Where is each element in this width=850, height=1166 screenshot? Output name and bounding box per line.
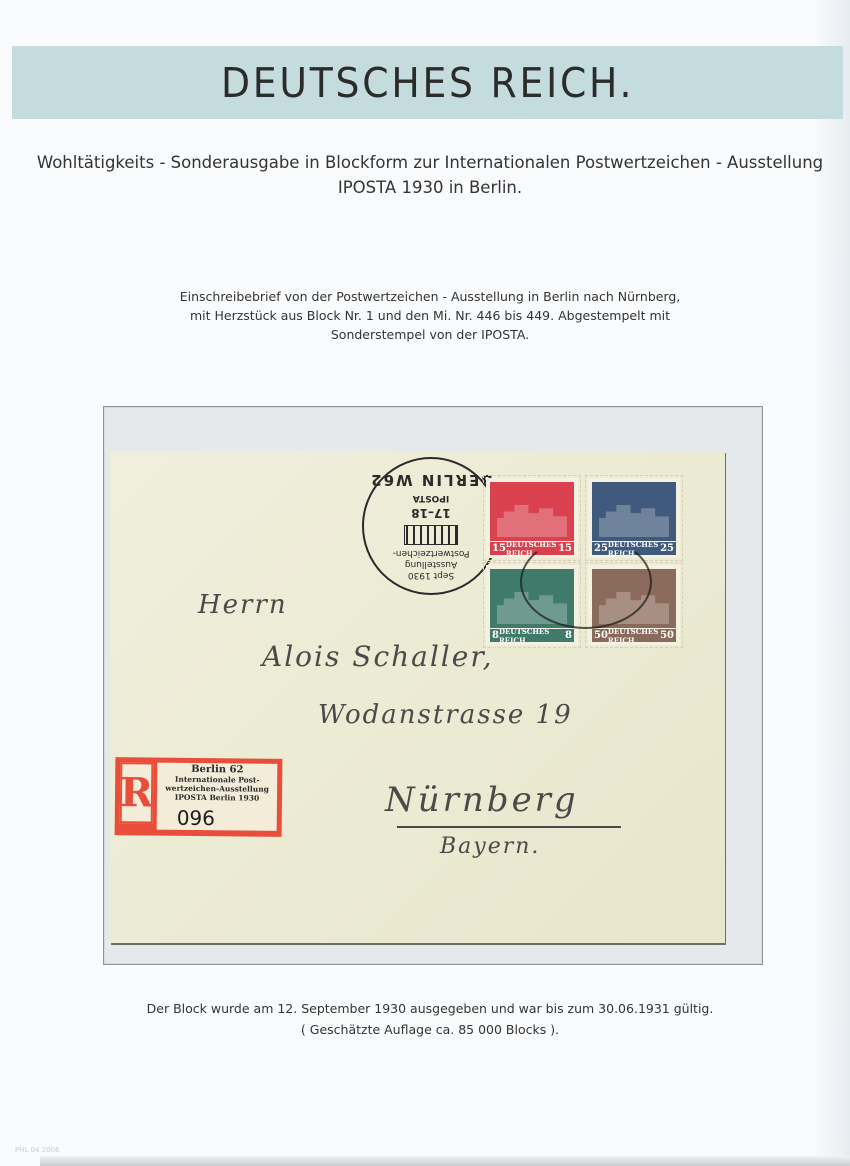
- stamp-value: 15: [492, 543, 506, 554]
- description: Einschreibebrief von der Postwertzeichen…: [150, 287, 710, 344]
- stamp-text: DEUTSCHES REICH: [608, 627, 660, 645]
- postmark-event: IPOSTA: [413, 494, 449, 504]
- footer-note: Der Block wurde am 12. September 1930 au…: [100, 998, 760, 1040]
- subtitle-line: IPOSTA 1930 in Berlin.: [30, 175, 830, 200]
- address-city: Nürnberg: [385, 780, 579, 820]
- stamp-value: 50: [594, 630, 608, 641]
- stamp-image: [592, 482, 676, 541]
- footer-line: ( Geschätzte Auflage ca. 85 000 Blocks )…: [100, 1019, 760, 1040]
- subtitle-line: Wohltätigkeits - Sonderausgabe in Blockf…: [30, 150, 830, 175]
- postmark-city: BERLIN W62: [369, 472, 493, 490]
- stamp-text: DEUTSCHES REICH: [499, 627, 565, 645]
- postmark-line: Postwertzeichen-: [393, 548, 470, 559]
- subtitle: Wohltätigkeits - Sonderausgabe in Blockf…: [30, 150, 830, 200]
- page-title: DEUTSCHES REICH.: [221, 59, 634, 107]
- stamp-image: [490, 482, 574, 541]
- registration-number: 096: [177, 806, 215, 830]
- city-underline: [397, 826, 621, 828]
- stamp-value: 8: [565, 630, 572, 641]
- address-street: Wodanstrasse 19: [318, 700, 573, 730]
- stamp-value: 25: [660, 543, 674, 554]
- title-band: DEUTSCHES REICH.: [12, 46, 843, 119]
- cancellation-mark: [520, 535, 652, 629]
- registration-r-icon: R: [120, 762, 154, 823]
- description-line: mit Herzstück aus Block Nr. 1 und den Mi…: [150, 306, 710, 325]
- address-region: Bayern.: [440, 834, 540, 859]
- page-bottom-shade: [40, 1156, 850, 1166]
- description-line: Einschreibebrief von der Postwertzeichen…: [150, 287, 710, 306]
- postmark-line: Sept 1930: [408, 570, 454, 581]
- registration-line: IPOSTA Berlin 1930: [157, 793, 277, 803]
- footer-line: Der Block wurde am 12. September 1930 au…: [100, 998, 760, 1019]
- address-salutation: Herrn: [198, 590, 288, 620]
- address-name: Alois Schaller,: [262, 640, 494, 673]
- registration-label: R Berlin 62 Internationale Post- wertzei…: [115, 757, 283, 837]
- postmark-line: Ausstellung: [405, 559, 457, 570]
- stamp-value: 50: [660, 630, 674, 641]
- brandenburg-gate-icon: [404, 526, 458, 546]
- description-line: Sonderstempel von der IPOSTA.: [150, 325, 710, 344]
- postmark-time: 17–18: [411, 507, 450, 521]
- postmark: Sept 1930 Ausstellung Postwertzeichen- 1…: [362, 457, 500, 595]
- imprint: PHL 04 2006: [15, 1146, 60, 1154]
